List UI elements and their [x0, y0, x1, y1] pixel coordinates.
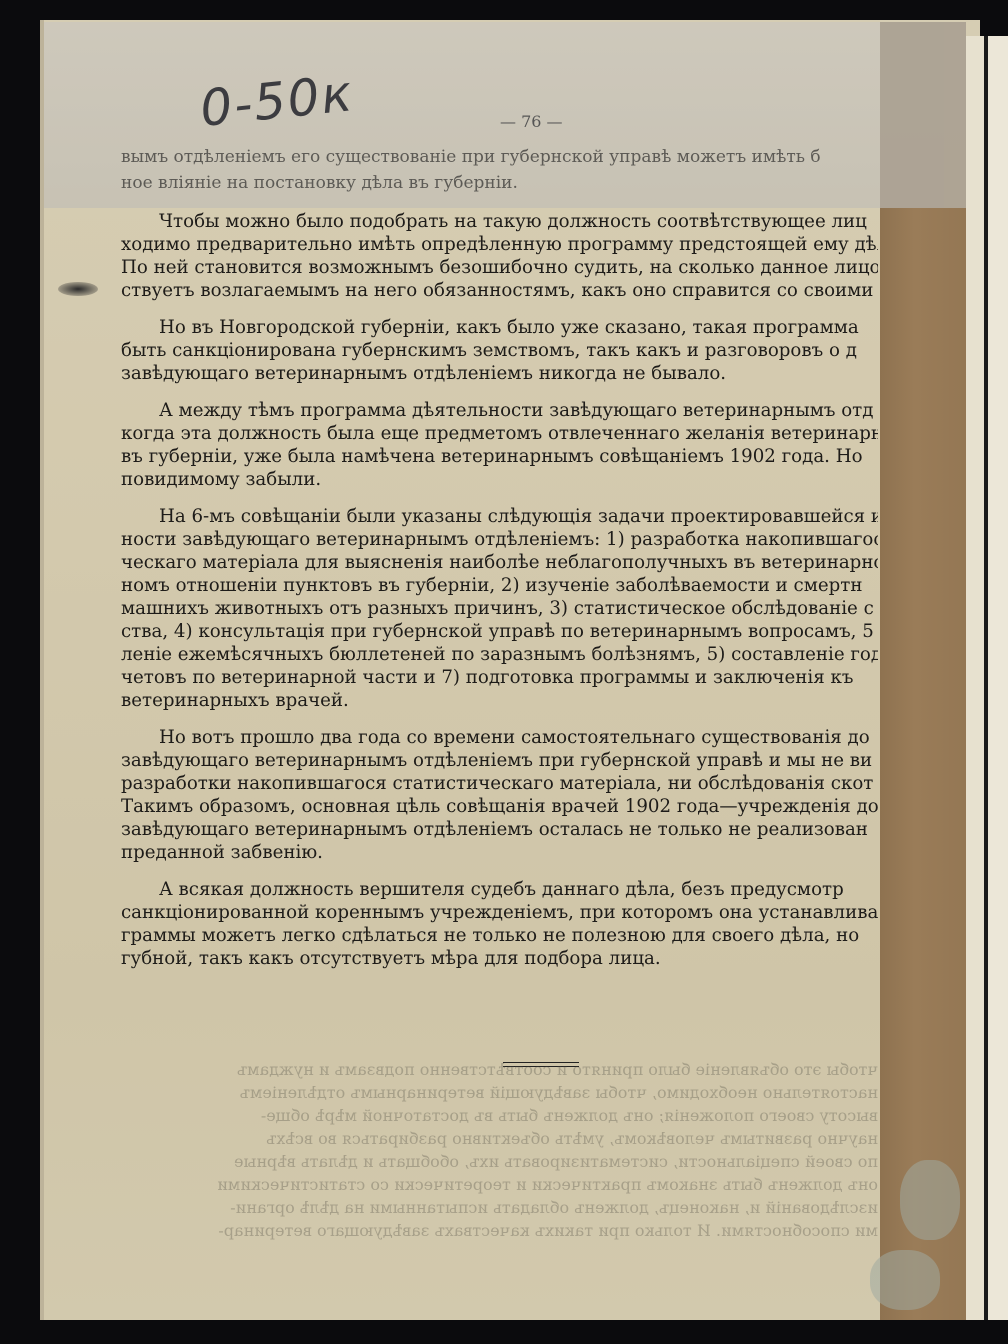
paragraph: На 6-мъ совѣщаніи были указаны слѣдующія… — [121, 505, 878, 712]
paragraph: А всякая должность вершителя судебъ данн… — [121, 878, 878, 970]
text-line: ходимо предварительно имѣть опредѣленную… — [121, 233, 878, 256]
text-line: Чтобы можно было подобрать на такую долж… — [121, 210, 878, 233]
bleed-line: изслѣдованій и, наконецъ, долженъ облада… — [118, 1196, 878, 1219]
text-line: ветеринарныхъ врачей. — [121, 689, 878, 712]
text-line: когда эта должность была еще предметомъ … — [121, 422, 878, 445]
text-line: завѣдующаго ветеринарнымъ отдѣленіемъ пр… — [121, 749, 878, 772]
tape-stain — [870, 1250, 940, 1310]
bleed-line: онъ долженъ быть знакомъ практически и т… — [118, 1173, 878, 1196]
paragraph: Но вотъ прошло два года со времени самос… — [121, 726, 878, 864]
text-line: завѣдующаго ветеринарнымъ отдѣленіемъ ос… — [121, 818, 878, 841]
tape-stain — [900, 1160, 960, 1240]
text-line: завѣдующаго ветеринарнымъ отдѣленіемъ ни… — [121, 362, 878, 385]
text-line: По ней становится возможнымъ безошибочно… — [121, 256, 878, 279]
bleed-line: высоту своего положенія; онъ долженъ быт… — [118, 1104, 878, 1127]
text-line: А между тѣмъ программа дѣятельности завѣ… — [121, 399, 878, 422]
paragraph: Но въ Новгородской губерніи, какъ было у… — [121, 316, 878, 385]
text-line: ности завѣдующаго ветеринарнымъ отдѣлені… — [121, 528, 878, 551]
text-line: Такимъ образомъ, основная цѣль совѣщанія… — [121, 795, 878, 818]
text-line: въ губерніи, уже была намѣчена ветеринар… — [121, 445, 878, 468]
bleed-line: настоятельно необходимо, чтобы завѣдующі… — [118, 1081, 878, 1104]
faded-line: ное вліяніе на постановку дѣла въ губерн… — [121, 172, 881, 195]
text-line: ства, 4) консультація при губернской упр… — [121, 620, 878, 643]
text-line: номъ отношеніи пунктовъ въ губерніи, 2) … — [121, 574, 878, 597]
text-line: леніе ежемѣсячныхъ бюллетеней по заразны… — [121, 643, 878, 666]
bleed-through-text: чтобы это объявленіе было принято и соот… — [118, 1058, 878, 1242]
brown-tape-strip — [880, 208, 966, 1320]
text-line: санкціонированной кореннымъ учрежденіемъ… — [121, 901, 878, 924]
text-line: быть санкціонирована губернскимъ земство… — [121, 339, 878, 362]
text-line: губной, такъ какъ отсутствуетъ мѣра для … — [121, 947, 878, 970]
text-line: четовъ по ветеринарной части и 7) подгот… — [121, 666, 878, 689]
page-number: — 76 — — [500, 112, 563, 131]
bleed-line: ми способностями. И только при такихъ ка… — [118, 1219, 878, 1242]
body-text: Чтобы можно было подобрать на такую долж… — [121, 210, 878, 984]
text-line: ствуетъ возлагаемымъ на него обязанностя… — [121, 279, 878, 302]
paragraph: А между тѣмъ программа дѣятельности завѣ… — [121, 399, 878, 491]
page-edge — [966, 36, 984, 1320]
ink-smudge — [58, 282, 98, 296]
tape-top-section — [880, 22, 966, 208]
bleed-line: по своей спеціальности, систематизироват… — [118, 1150, 878, 1173]
text-line: Но въ Новгородской губерніи, какъ было у… — [121, 316, 878, 339]
text-line: преданной забвенію. — [121, 841, 878, 864]
text-line: Но вотъ прошло два года со времени самос… — [121, 726, 878, 749]
bleed-line: научно развитымъ человѣкомъ, умѣть объек… — [118, 1127, 878, 1150]
text-line: граммы можетъ легко сдѣлаться не только … — [121, 924, 878, 947]
text-line: повидимому забыли. — [121, 468, 878, 491]
paragraph: Чтобы можно было подобрать на такую долж… — [121, 210, 878, 302]
next-page-edge — [988, 36, 1008, 1320]
text-line: ческаго матеріала для выясненія наиболѣе… — [121, 551, 878, 574]
text-line: А всякая должность вершителя судебъ данн… — [121, 878, 878, 901]
bleed-line: чтобы это объявленіе было принято и соот… — [118, 1058, 878, 1081]
text-line: разработки накопившагося статистическаго… — [121, 772, 878, 795]
faded-line: вымъ отдѣленіемъ его существованіе при г… — [121, 146, 881, 169]
text-line: машнихъ животныхъ отъ разныхъ причинъ, 3… — [121, 597, 878, 620]
text-line: На 6-мъ совѣщаніи были указаны слѣдующія… — [121, 505, 878, 528]
